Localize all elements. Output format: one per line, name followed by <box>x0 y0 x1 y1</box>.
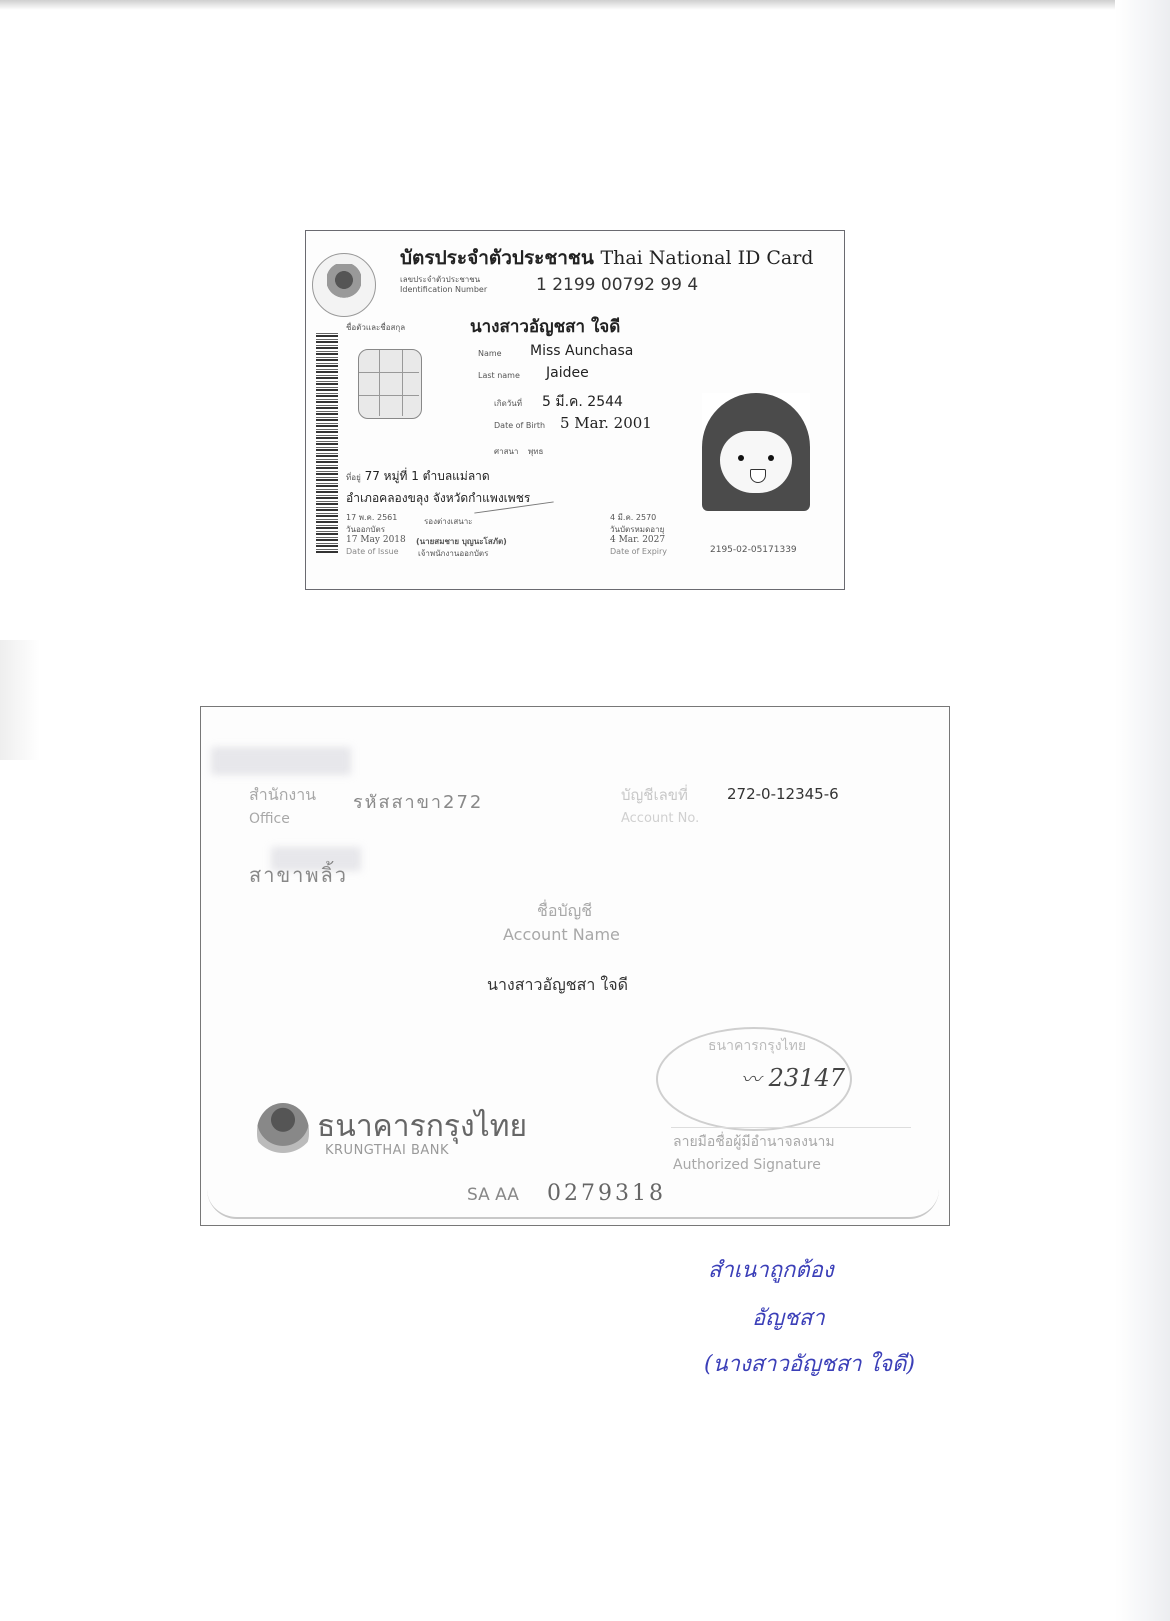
name-en: Miss Aunchasa <box>530 343 633 359</box>
certification-signature: อัญชสา <box>752 1300 825 1335</box>
branch-code: รหัสสาขา272 <box>353 787 483 816</box>
office-label-th: สำนักงาน <box>249 783 316 808</box>
garuda-emblem-icon <box>312 253 376 317</box>
dob-label-th: เกิดวันที่ <box>494 397 522 410</box>
office-label-en: Office <box>249 811 290 827</box>
issue-date-en: 17 May 2018 <box>346 535 406 545</box>
address-label-th: ที่อยู่ <box>346 473 361 482</box>
address-line-1: ที่อยู่ 77 หมู่ที่ 1 ตำบลแม่ลาด <box>346 467 490 486</box>
scan-edge-right <box>1115 0 1170 1621</box>
photo-eye-left <box>738 455 744 461</box>
signature-number: 23147 <box>769 1064 845 1092</box>
fullname-label-th: ชื่อตัวและชื่อสกุล <box>346 321 405 334</box>
address-line-1-text: 77 หมู่ที่ 1 ตำบลแม่ลาด <box>365 469 490 483</box>
account-no-label-en: Account No. <box>621 811 699 826</box>
card-title-th: บัตรประจำตัวประชาชน <box>400 247 594 269</box>
lastname-en: Jaidee <box>546 365 589 381</box>
expiry-date-en: 4 Mar. 2027 <box>610 535 665 545</box>
certification-printed-name: (นางสาวอัญชสา ใจดี) <box>704 1346 915 1381</box>
signature-line <box>671 1127 911 1128</box>
fullname-th: นางสาวอัญชสา ใจดี <box>470 313 620 340</box>
religion-th: พุทธ <box>528 445 543 458</box>
officer-title-th: เจ้าพนักงานออกบัตร <box>418 547 488 560</box>
lastname-label-en: Last name <box>478 371 520 380</box>
scan-smudge <box>211 747 351 775</box>
scan-edge-top <box>0 0 1170 10</box>
issue-label-en: Date of Issue <box>346 547 399 556</box>
bank-name-en: KRUNGTHAI BANK <box>325 1143 449 1158</box>
cartoon-photo <box>702 393 810 511</box>
account-name-label-th: ชื่อบัญชี <box>537 899 592 924</box>
stamp-text: ธนาคารกรุงไทย <box>708 1035 806 1057</box>
serial-number: 0279318 <box>547 1181 666 1206</box>
bank-book-copy: สำนักงาน Office รหัสสาขา272 สาขาพลิ้ว บั… <box>200 706 950 1226</box>
scan-shadow <box>0 640 40 760</box>
name-label-en: Name <box>478 349 502 358</box>
card-serial: 2195-02-05171339 <box>710 545 797 555</box>
id-number-label-en: Identification Number <box>400 285 487 294</box>
smartcard-chip-icon <box>358 349 422 419</box>
certified-copy-note: สำเนาถูกต้อง <box>708 1252 834 1287</box>
id-number: 1 2199 00792 99 4 <box>536 275 698 295</box>
dob-label-en: Date of Birth <box>494 421 545 430</box>
dob-th: 5 มี.ค. 2544 <box>542 391 623 413</box>
signature-label-en: Authorized Signature <box>673 1157 821 1173</box>
photo-mouth <box>750 469 766 483</box>
signature-label-th: ลายมือชื่อผู้มีอำนาจลงนาม <box>673 1131 835 1153</box>
photo-face <box>720 431 792 493</box>
officer-label-th: รองต่างเสนาะ <box>424 515 472 528</box>
card-title: บัตรประจำตัวประชาชน Thai National ID Car… <box>400 243 813 273</box>
id-card-copy: บัตรประจำตัวประชาชน Thai National ID Car… <box>305 230 845 590</box>
branch-name: สาขาพลิ้ว <box>249 859 348 891</box>
account-no-label-th: บัญชีเลขที่ <box>621 783 688 807</box>
barcode-icon <box>316 331 338 553</box>
religion-label-th: ศาสนา <box>494 445 518 458</box>
photo-eye-right <box>768 455 774 461</box>
card-title-en: Thai National ID Card <box>600 247 813 269</box>
account-number: 272-0-12345-6 <box>727 785 839 803</box>
krungthai-logo-icon <box>257 1103 309 1159</box>
expiry-label-en: Date of Expiry <box>610 547 667 556</box>
dob-en: 5 Mar. 2001 <box>560 414 652 432</box>
account-name-label-en: Account Name <box>503 925 620 944</box>
authorized-signature-mark: 〰 23147 <box>741 1063 845 1092</box>
account-name: นางสาวอัญชสา ใจดี <box>487 973 628 998</box>
serial-prefix: SA AA <box>467 1185 519 1205</box>
address-line-2: อำเภอคลองขลุง จังหวัดกำแพงเพชร <box>346 489 530 508</box>
